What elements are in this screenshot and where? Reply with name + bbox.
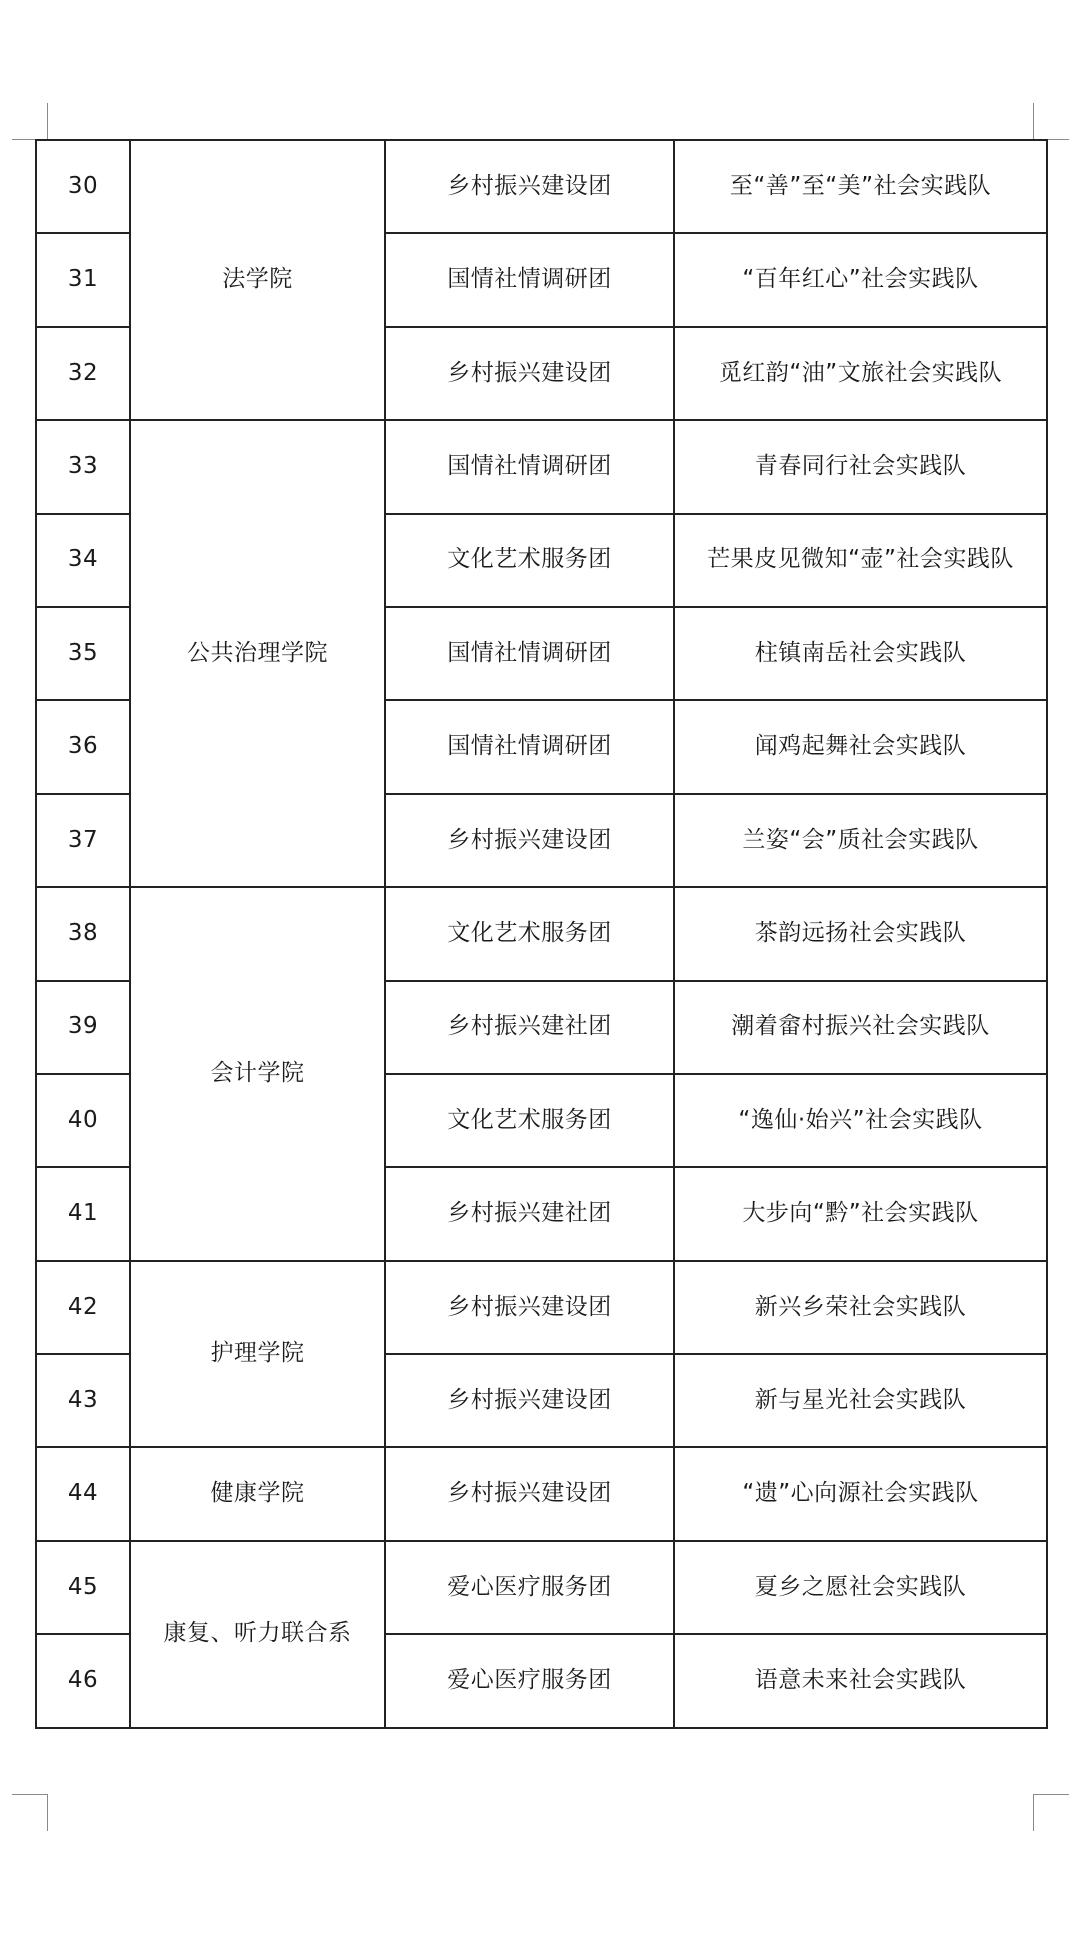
- group-cell: 乡村振兴建设团: [385, 327, 674, 420]
- team-name-cell: 青春同行社会实践队: [674, 420, 1047, 513]
- crop-mark-top-right: [1033, 103, 1069, 140]
- crop-mark-bottom-right: [1033, 1794, 1069, 1831]
- team-name-cell: “逸仙·始兴”社会实践队: [674, 1074, 1047, 1167]
- row-number: 38: [36, 887, 130, 980]
- team-name-cell: “百年红心”社会实践队: [674, 233, 1047, 326]
- group-cell: 乡村振兴建设团: [385, 794, 674, 887]
- row-number: 36: [36, 700, 130, 793]
- team-name-cell: “遗”心向源社会实践队: [674, 1447, 1047, 1540]
- row-number: 34: [36, 514, 130, 607]
- group-cell: 国情社情调研团: [385, 700, 674, 793]
- row-number: 32: [36, 327, 130, 420]
- row-number: 46: [36, 1634, 130, 1727]
- row-number: 44: [36, 1447, 130, 1540]
- row-number: 41: [36, 1167, 130, 1260]
- college-cell: 康复、听力联合系: [130, 1541, 385, 1728]
- row-number: 31: [36, 233, 130, 326]
- group-cell: 文化艺术服务团: [385, 887, 674, 980]
- group-cell: 国情社情调研团: [385, 607, 674, 700]
- team-name-cell: 至“善”至“美”社会实践队: [674, 140, 1047, 233]
- table-row: 33 公共治理学院 国情社情调研团 青春同行社会实践队: [36, 420, 1047, 513]
- team-name-cell: 柱镇南岳社会实践队: [674, 607, 1047, 700]
- practice-team-table: 30 法学院 乡村振兴建设团 至“善”至“美”社会实践队 31 国情社情调研团 …: [35, 139, 1048, 1729]
- row-number: 39: [36, 981, 130, 1074]
- team-name-cell: 兰姿“会”质社会实践队: [674, 794, 1047, 887]
- row-number: 33: [36, 420, 130, 513]
- row-number: 43: [36, 1354, 130, 1447]
- row-number: 30: [36, 140, 130, 233]
- group-cell: 乡村振兴建社团: [385, 981, 674, 1074]
- team-name-cell: 新兴乡荣社会实践队: [674, 1261, 1047, 1354]
- group-cell: 文化艺术服务团: [385, 514, 674, 607]
- table-row: 38 会计学院 文化艺术服务团 茶韵远扬社会实践队: [36, 887, 1047, 980]
- college-cell: 护理学院: [130, 1261, 385, 1448]
- team-name-cell: 芒果皮见微知“壶”社会实践队: [674, 514, 1047, 607]
- table-row: 42 护理学院 乡村振兴建设团 新兴乡荣社会实践队: [36, 1261, 1047, 1354]
- table-row: 44 健康学院 乡村振兴建设团 “遗”心向源社会实践队: [36, 1447, 1047, 1540]
- row-number: 37: [36, 794, 130, 887]
- group-cell: 乡村振兴建设团: [385, 140, 674, 233]
- team-name-cell: 大步向“黔”社会实践队: [674, 1167, 1047, 1260]
- team-name-cell: 新与星光社会实践队: [674, 1354, 1047, 1447]
- team-name-cell: 夏乡之愿社会实践队: [674, 1541, 1047, 1634]
- college-cell: 健康学院: [130, 1447, 385, 1540]
- group-cell: 爱心医疗服务团: [385, 1634, 674, 1727]
- group-cell: 国情社情调研团: [385, 233, 674, 326]
- group-cell: 国情社情调研团: [385, 420, 674, 513]
- row-number: 40: [36, 1074, 130, 1167]
- row-number: 42: [36, 1261, 130, 1354]
- college-cell: 公共治理学院: [130, 420, 385, 887]
- crop-mark-bottom-left: [12, 1794, 48, 1831]
- college-cell: 会计学院: [130, 887, 385, 1261]
- group-cell: 乡村振兴建设团: [385, 1261, 674, 1354]
- group-cell: 乡村振兴建设团: [385, 1447, 674, 1540]
- group-cell: 乡村振兴建设团: [385, 1354, 674, 1447]
- team-name-cell: 茶韵远扬社会实践队: [674, 887, 1047, 980]
- crop-mark-top-left: [12, 103, 48, 140]
- group-cell: 乡村振兴建社团: [385, 1167, 674, 1260]
- group-cell: 文化艺术服务团: [385, 1074, 674, 1167]
- team-name-cell: 觅红韵“油”文旅社会实践队: [674, 327, 1047, 420]
- row-number: 35: [36, 607, 130, 700]
- table-row: 30 法学院 乡村振兴建设团 至“善”至“美”社会实践队: [36, 140, 1047, 233]
- table-row: 45 康复、听力联合系 爱心医疗服务团 夏乡之愿社会实践队: [36, 1541, 1047, 1634]
- team-name-cell: 语意未来社会实践队: [674, 1634, 1047, 1727]
- team-name-cell: 闻鸡起舞社会实践队: [674, 700, 1047, 793]
- document-page: 30 法学院 乡村振兴建设团 至“善”至“美”社会实践队 31 国情社情调研团 …: [0, 0, 1080, 1937]
- row-number: 45: [36, 1541, 130, 1634]
- team-name-cell: 潮着畲村振兴社会实践队: [674, 981, 1047, 1074]
- group-cell: 爱心医疗服务团: [385, 1541, 674, 1634]
- college-cell: 法学院: [130, 140, 385, 420]
